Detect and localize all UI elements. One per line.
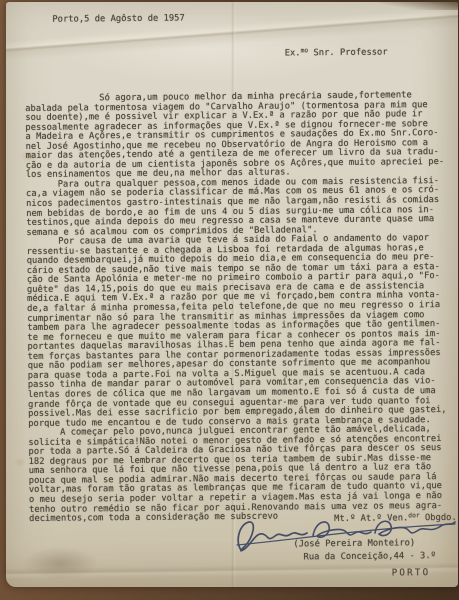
- recipient-title: Snr. Professor: [308, 47, 388, 58]
- letter-content: Porto,5 de Agôsto de 1957 Ex.mo Snr. Pro…: [6, 2, 458, 587]
- recipient-line: Ex.mo Snr. Professor: [285, 47, 388, 58]
- recipient-superscript: mo: [301, 47, 309, 54]
- signature-ink: [230, 512, 458, 558]
- letter-date: Porto,5 de Agôsto de 1957: [52, 13, 184, 24]
- letter-paper: Porto,5 de Agôsto de 1957 Ex.mo Snr. Pro…: [6, 2, 458, 587]
- photo-background: Porto,5 de Agôsto de 1957 Ex.mo Snr. Pro…: [0, 0, 459, 600]
- letter-body: Só agora,um pouco melhor da minha precár…: [25, 91, 458, 525]
- city-line: PORTO: [392, 567, 431, 578]
- recipient-prefix: Ex.: [285, 48, 301, 58]
